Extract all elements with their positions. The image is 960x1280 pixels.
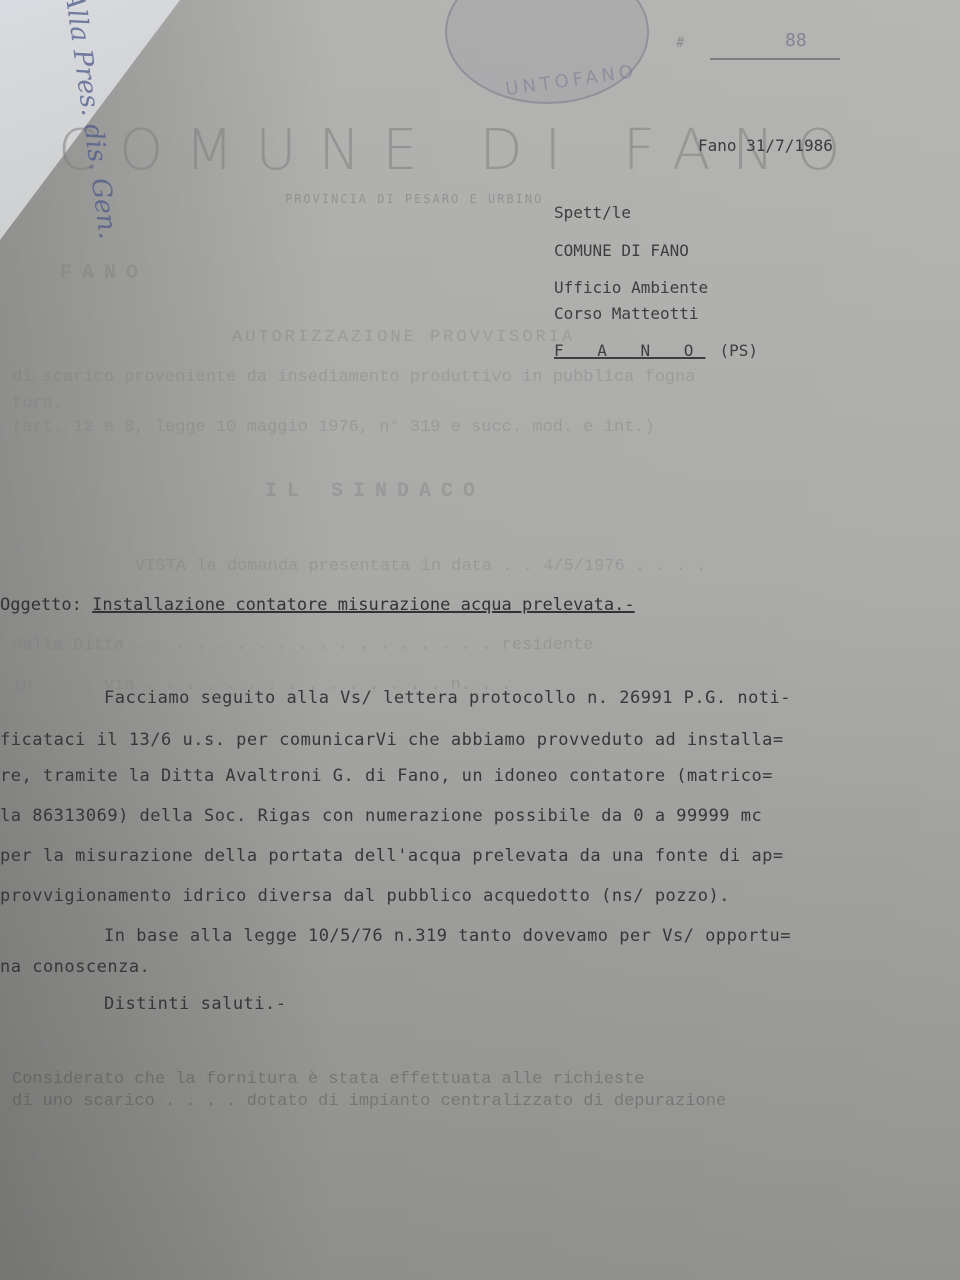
recipient-name: COMUNE DI FANO (554, 241, 689, 260)
body-paragraph-line: Facciamo seguito alla Vs/ lettera protoc… (104, 688, 791, 708)
ghost-text: di scarico proveniente da insediamento p… (12, 368, 696, 387)
ghost-text: dalla Ditta . . . . . . . . . . . . . . … (12, 636, 594, 655)
ghost-text: AUTORIZZAZIONE PROVVISORIA (232, 328, 575, 347)
closing-salutation: Distinti saluti.- (104, 994, 287, 1014)
document-photo: Alla Pres. dis. Gen. UNTOFANO # 88 COMUN… (0, 0, 960, 1280)
body-paragraph-line: per la misurazione della portata dell'ac… (0, 846, 784, 866)
subject-line: Oggetto: Installazione contatore misuraz… (0, 595, 635, 615)
ghost-text: VISTA la domanda presentata in data . . … (135, 557, 706, 576)
body-paragraph-line: provvigionamento idrico diversa dal pubb… (0, 886, 730, 906)
body-paragraph-line: In base alla legge 10/5/76 n.319 tanto d… (104, 926, 791, 946)
letterhead-subtitle: PROVINCIA DI PESARO E URBINO (285, 192, 543, 206)
ghost-text: tura. (12, 394, 63, 413)
body-paragraph-line: re, tramite la Ditta Avaltroni G. di Fan… (0, 766, 773, 786)
letter-date: Fano 31/7/1986 (698, 136, 833, 155)
body-paragraph-line: na conoscenza. (0, 957, 150, 977)
ghost-text: di uno scarico . . . . dotato di impiant… (12, 1092, 726, 1111)
recipient-city: F A N O (554, 341, 705, 360)
recipient-province: (PS) (719, 341, 758, 360)
protocol-line (710, 58, 840, 60)
recipient-city-line: F A N O(PS) (554, 341, 758, 360)
recipient-salutation: Spett/le (554, 203, 631, 222)
recipient-street: Corso Matteotti (554, 304, 699, 323)
ghost-text: (art. 12 e 8, legge 10 maggio 1976, n° 3… (12, 418, 655, 437)
ghost-text: IL SINDACO (265, 480, 485, 503)
ghost-text: FANO (60, 262, 148, 285)
body-paragraph-line: ficataci il 13/6 u.s. per comunicarVi ch… (0, 730, 784, 750)
body-paragraph-line: la 86313069) della Soc. Rigas con numera… (0, 806, 762, 826)
protocol-hash: # (676, 35, 684, 51)
subject-text: Installazione contatore misurazione acqu… (92, 595, 634, 615)
recipient-office: Ufficio Ambiente (554, 278, 708, 297)
subject-label: Oggetto: (0, 595, 82, 615)
ghost-text: Considerato che la fornitura è stata eff… (12, 1070, 645, 1089)
protocol-number: 88 (785, 30, 807, 51)
